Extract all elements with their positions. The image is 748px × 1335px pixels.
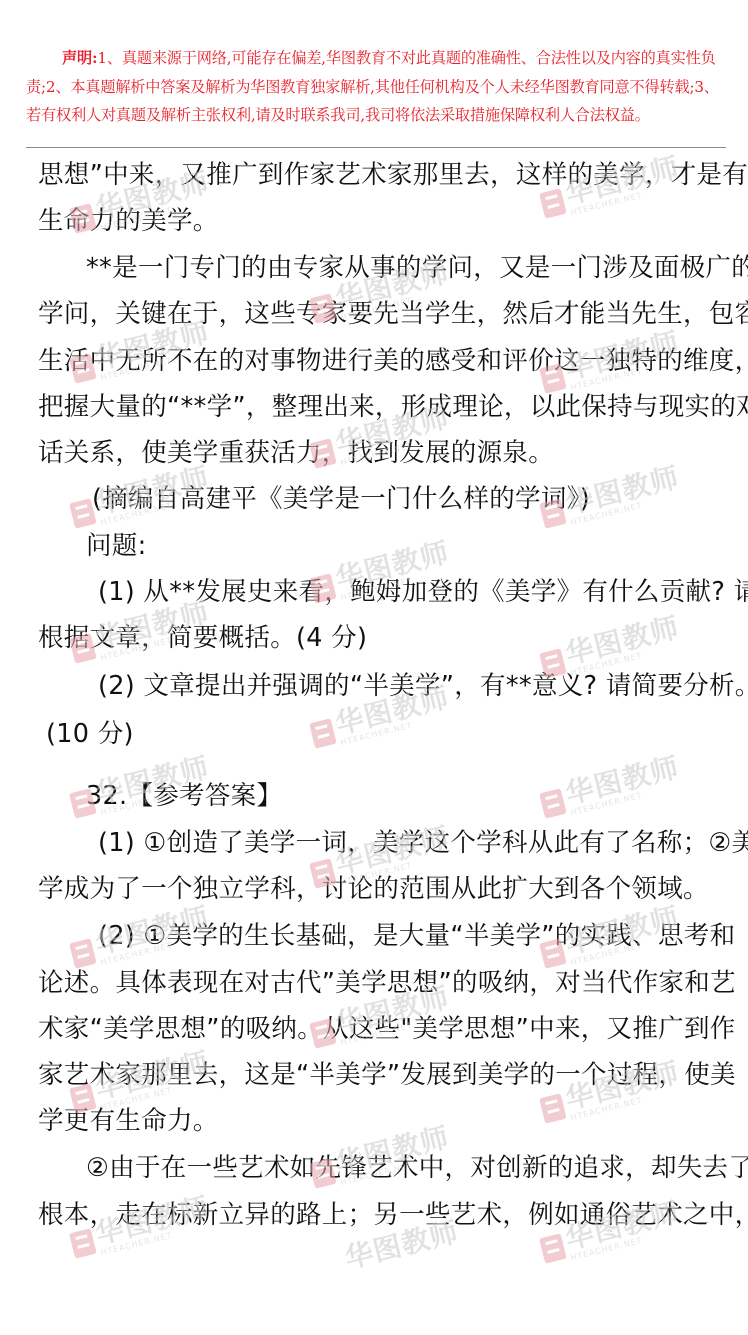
questions-heading: 问题: [86, 531, 147, 561]
answer-line: 根本，走在标新立异的路上；另一些艺术，例如通俗艺术之中， [38, 1200, 748, 1230]
disclaimer-label: 声明: [62, 49, 97, 67]
answer-heading: 32.【参考答案】 [86, 781, 282, 811]
disclaimer-text: 1、真题来源于网络,可能存在偏差,华图教育不对此真题的准确性、合法性以及内容的真… [26, 49, 719, 124]
header-divider [26, 147, 726, 148]
answer-line: 论述。具体表现在对古代”美学思想”的吸纳，对当代作家和艺 [38, 968, 736, 998]
watermark: 华图教师HTEACHER.NET [538, 753, 685, 823]
passage-line: 话关系，使美学重获活力，找到发展的源泉。 [38, 438, 554, 468]
passage-line: 生命力的美学。 [38, 206, 219, 236]
passage-line: 把握大量的“**学”，整理出来，形成理论，以此保持与现实的对 [38, 392, 748, 422]
watermark-logo-icon [539, 1233, 567, 1264]
watermark-logo-icon [69, 1228, 97, 1259]
answer-line: 学更有生命力。 [38, 1106, 219, 1136]
watermark-logo-icon [539, 788, 567, 819]
disclaimer-notice: 声明:1、真题来源于网络,可能存在偏差,华图教育不对此真题的准确性、合法性以及内… [26, 44, 726, 130]
passage-line: 生活中无所不在的对事物进行美的感受和评价这一独特的维度， [38, 346, 748, 376]
passage-line: **是一门专门的由专家从事的学问，又是一门涉及面极广的 [86, 253, 748, 283]
watermark-logo-icon [309, 718, 337, 749]
passage-line: 学问，关键在于，这些专家要先当学生，然后才能当先生，包容 [38, 299, 748, 329]
watermark-logo-icon [539, 1093, 567, 1124]
answer-line: (1) ①创造了美学一词，美学这个学科从此有了名称；②美 [98, 828, 748, 858]
answer-line: ②由于在一些艺术如先锋艺术中，对创新的追求，却失去了 [86, 1153, 748, 1183]
watermark-logo-icon [69, 938, 97, 969]
question-2-cont: (10 分) [46, 719, 134, 749]
answer-line: 家艺术家那里去，这是“半美学”发展到美学的一个过程，使美 [38, 1060, 736, 1090]
passage-source: (摘编自高建平《美学是一门什么样的学词》) [92, 484, 590, 514]
question-2: (2) 文章提出并强调的“半美学”，有**意义? 请简要分析。 [98, 671, 748, 701]
passage-line: 思想”中来，又推广到作家艺术家那里去，这样的美学，才是有 [38, 160, 748, 190]
answer-line: (2) ①美学的生长基础，是大量“半美学”的实践、思考和 [98, 921, 735, 951]
answer-line: 学成为了一个独立学科，讨论的范围从此扩大到各个领域。 [38, 874, 709, 904]
watermark-logo-icon [539, 188, 567, 219]
question-1: (1) 从**发展史来看，鲍姆加登的《美学》有什么贡献? 请 [98, 577, 748, 607]
answer-line: 术家“美学思想”的吸纳。从这些"美学思想”中来，又推广到作 [38, 1014, 736, 1044]
question-1-cont: 根据文章，简要概括。(4 分) [38, 623, 367, 653]
